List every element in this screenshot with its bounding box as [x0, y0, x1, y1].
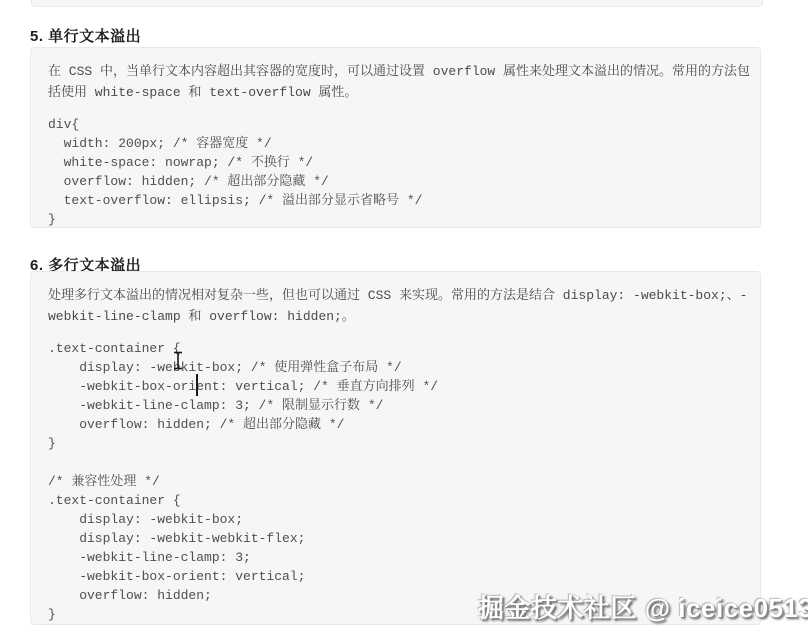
code-snippet-multi-line: .text-container { display: -webkit-box; … [48, 339, 743, 624]
code-panel-multi-line: 处理多行文本溢出的情况相对复杂一些，但也可以通过 CSS 来实现。常用的方法是结… [30, 271, 761, 625]
intro-paragraph-multi-line: 处理多行文本溢出的情况相对复杂一些，但也可以通过 CSS 来实现。常用的方法是结… [48, 285, 743, 327]
watermark: 掘金技术社区 @ iceice0513 [478, 588, 798, 625]
article-page: 5. 单行文本溢出 在 CSS 中，当单行文本内容超出其容器的宽度时，可以通过设… [0, 0, 808, 636]
section-heading-single-line-overflow: 5. 单行文本溢出 [30, 25, 141, 46]
code-snippet-single-line: div{ width: 200px; /* 容器宽度 */ white-spac… [48, 115, 743, 228]
code-panel-single-line: 在 CSS 中，当单行文本内容超出其容器的宽度时，可以通过设置 overflow… [30, 47, 761, 228]
text-caret[interactable] [196, 374, 198, 396]
intro-paragraph-single-line: 在 CSS 中，当单行文本内容超出其容器的宽度时，可以通过设置 overflow… [48, 61, 743, 103]
previous-code-block-remnant [31, 0, 763, 7]
